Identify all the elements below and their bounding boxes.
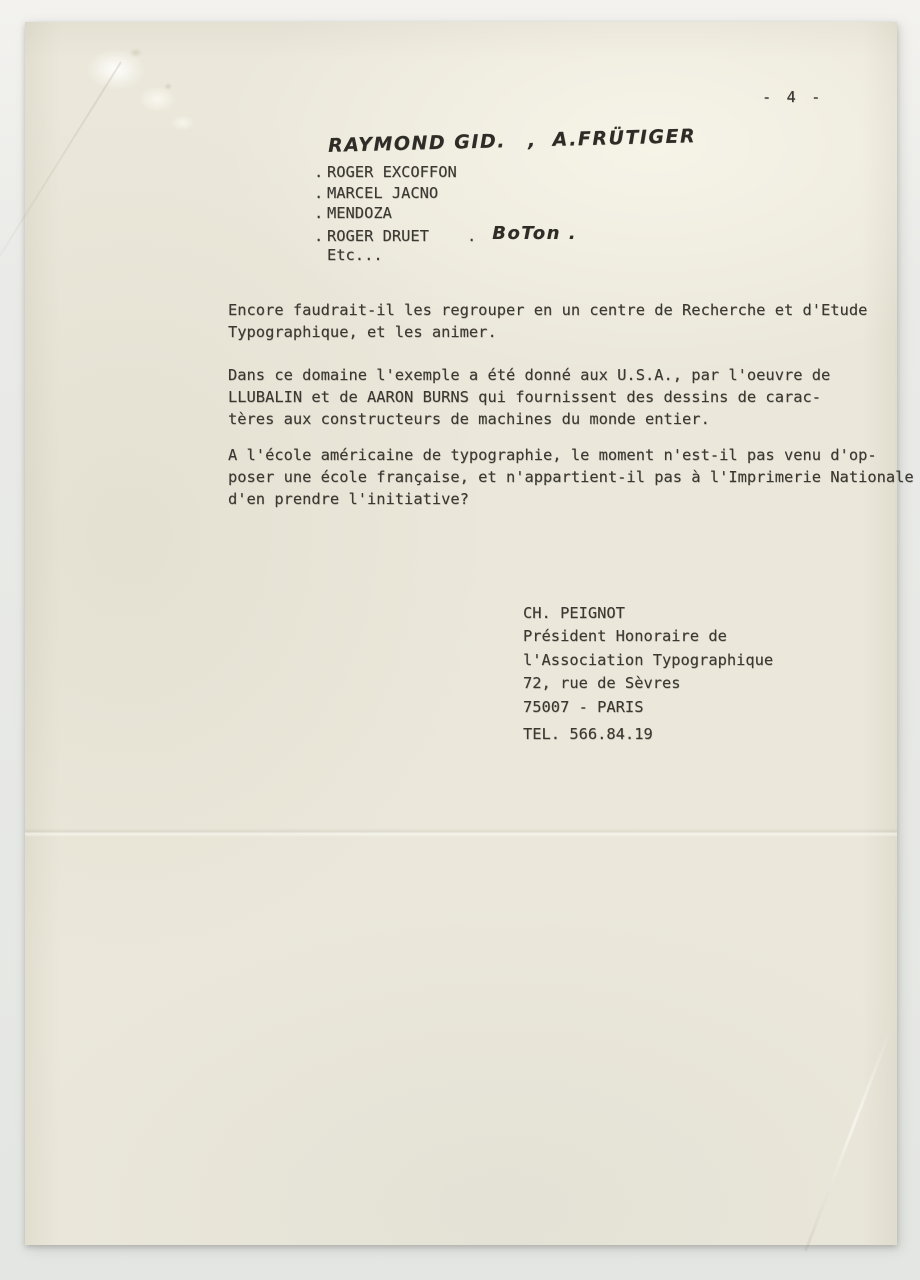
- handwritten-annotation-top: RAYMOND GID.,A.FRÜTIGER: [328, 125, 697, 157]
- list-etc: Etc...: [314, 246, 577, 267]
- signature-block: CH. PEIGNOT Président Honoraire de l'Ass…: [523, 602, 773, 719]
- paragraph-regrouper: Encore faudrait-il les regrouper en un c…: [228, 299, 867, 343]
- list-bullet: .: [314, 184, 327, 202]
- page-number: - 4 -: [762, 88, 823, 106]
- paper-damage-top-left: [53, 24, 233, 154]
- letter-page: - 4 - RAYMOND GID.,A.FRÜTIGER . ROGER EX…: [25, 22, 897, 1245]
- list-item-label: MENDOZA: [327, 204, 392, 222]
- list-bullet: .: [314, 227, 327, 245]
- list-item-label: MARCEL JACNO: [327, 184, 438, 202]
- typographers-name-list: . ROGER EXCOFFON . MARCEL JACNO . MENDOZ…: [314, 163, 577, 266]
- list-item: . MARCEL JACNO: [314, 184, 577, 205]
- list-bullet: .: [314, 204, 327, 222]
- paragraph-usa-exemple: Dans ce domaine l'exemple a été donné au…: [228, 364, 830, 430]
- list-item-label: ROGER DRUET: [327, 227, 429, 245]
- paragraph-ecole-francaise: A l'école américaine de typographie, le …: [228, 444, 914, 510]
- list-item: . ROGER EXCOFFON: [314, 163, 577, 184]
- typed-separator-dot: .: [467, 227, 476, 245]
- phone-line: TEL. 566.84.19: [523, 725, 653, 743]
- scanned-letter-photo: { "document": { "page_number": "- 4 -", …: [0, 0, 920, 1280]
- list-item: . ROGER DRUET . BoTon .: [314, 225, 577, 246]
- handwritten-name-raymond-gid: RAYMOND GID.: [328, 130, 506, 157]
- list-item: . MENDOZA: [314, 204, 577, 225]
- list-bullet: .: [314, 163, 327, 181]
- handwritten-name-frutiger: A.FRÜTIGER: [552, 125, 696, 151]
- list-item-label: ROGER EXCOFFON: [327, 163, 457, 181]
- horizontal-fold-crease: [25, 828, 897, 837]
- handwritten-separator: ,: [528, 129, 537, 151]
- crease-bottom-right: [804, 1026, 893, 1251]
- handwritten-annotation-boton: BoTon .: [492, 223, 577, 244]
